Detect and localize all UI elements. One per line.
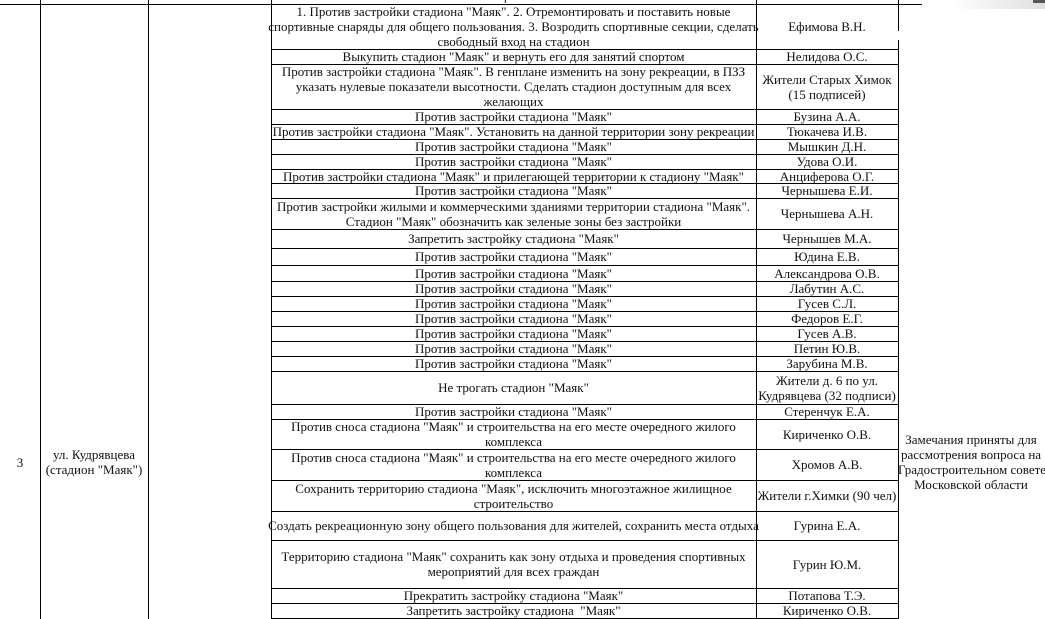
author-cell: Чернышева А.Н. — [756, 198, 898, 229]
author-cell: Мышкин Д.Н. — [756, 139, 898, 154]
author-cell: Петин Ю.В. — [756, 341, 898, 356]
author-cell: Кириченко О.В. — [756, 603, 898, 618]
row-border — [271, 326, 899, 327]
proposal-cell: Против застройки стадиона "Маяк" — [271, 326, 756, 341]
proposal-cell: Против застройки жилыми и коммерческими … — [271, 198, 756, 229]
row-border — [271, 124, 899, 125]
row-border — [271, 198, 899, 199]
row-border — [271, 404, 899, 405]
row-border — [271, 480, 899, 481]
comments-table: коробке 3 ул. Кудрявцева (стадион "Маяк"… — [0, 0, 1045, 619]
column-border — [756, 0, 757, 619]
address-cell: ул. Кудрявцева (стадион "Маяк") — [40, 447, 148, 477]
row-border — [271, 281, 899, 282]
author-cell: Анциферова О.Г. — [756, 169, 898, 183]
author-cell: Жители д. 6 по ул. Кудрявцева (32 подпис… — [756, 371, 898, 404]
row-border — [271, 588, 899, 589]
row-border — [271, 154, 899, 155]
column-border — [40, 0, 41, 619]
row-border — [0, 4, 922, 5]
proposal-cell: Против застройки стадиона "Маяк" — [271, 281, 756, 296]
author-cell: Чернышев М.А. — [756, 229, 898, 248]
proposal-cell: Против застройки стадиона "Маяк" — [271, 265, 756, 281]
row-border — [271, 248, 899, 249]
proposal-cell: 1. Против застройки стадиона "Маяк". 2. … — [271, 4, 756, 49]
proposal-cell: Выкупить стадион "Маяк" и вернуть его дл… — [271, 49, 756, 64]
row-border — [271, 540, 899, 541]
author-cell: Стеренчук Е.А. — [756, 404, 898, 419]
row-border — [271, 419, 899, 420]
author-cell: Потапова Т.Э. — [756, 588, 898, 603]
author-cell: Гурина Е.А. — [756, 511, 898, 540]
author-cell: Тюкачева И.В. — [756, 124, 898, 139]
proposal-cell: Прекратить застройку стадиона "Маяк" — [271, 588, 756, 603]
author-cell: Хромов А.В. — [756, 449, 898, 480]
author-cell: Чернышева Е.И. — [756, 183, 898, 198]
author-cell: Жители Старых Химок (15 подписей) — [756, 64, 898, 109]
row-border — [271, 265, 899, 266]
proposal-cell: Против застройки стадиона "Маяк". Устано… — [271, 124, 756, 139]
proposal-cell: Запретить застройку стадиона "Маяк" — [271, 229, 756, 248]
row-border — [271, 371, 899, 372]
author-cell: Ефимова В.Н. — [756, 4, 898, 49]
proposal-cell: Против застройки стадиона "Маяк" — [271, 296, 756, 311]
row-border — [271, 341, 899, 342]
row-border — [271, 356, 899, 357]
proposal-cell: Против застройки стадиона "Маяк" — [271, 356, 756, 371]
column-border — [898, 0, 899, 619]
author-cell: Лабутин А.С. — [756, 281, 898, 296]
proposal-cell: Против застройки стадиона "Маяк" — [271, 404, 756, 419]
author-cell: Федоров Е.Г. — [756, 311, 898, 326]
author-cell: Гусев А.В. — [756, 326, 898, 341]
row-border — [271, 449, 899, 450]
proposal-cell: Запретить застройку стадиона "Маяк" — [271, 603, 756, 618]
proposal-cell: Против застройки стадиона "Маяк" — [271, 183, 756, 198]
row-border — [271, 49, 899, 50]
proposal-cell: Против застройки стадиона "Маяк" — [271, 311, 756, 326]
proposal-cell: Не трогать стадион "Маяк" — [271, 371, 756, 404]
proposal-cell: Против застройки стадиона "Маяк" — [271, 154, 756, 169]
scan-artifact-gradient — [950, 0, 1045, 9]
author-cell: Жители г.Химки (90 чел) — [756, 480, 898, 511]
proposal-cell: Сохранить территорию стадиона "Маяк", ис… — [271, 480, 756, 511]
row-border — [271, 183, 899, 184]
row-border — [271, 109, 899, 110]
author-cell: Кириченко О.В. — [756, 419, 898, 449]
row-border — [271, 511, 899, 512]
proposal-cell: Против застройки стадиона "Маяк" — [271, 139, 756, 154]
author-cell: Удова О.И. — [756, 154, 898, 169]
row-border — [271, 311, 899, 312]
author-cell: Юдина Е.В. — [756, 248, 898, 265]
proposal-cell: Против застройки стадиона "Маяк" — [271, 341, 756, 356]
proposal-cell: Против застройки стадиона "Маяк" — [271, 109, 756, 124]
previous-row-proposal-fragment: коробке — [271, 0, 756, 3]
decision-cell: Замечания приняты для рассмотрения вопро… — [898, 432, 1044, 492]
proposal-cell: Создать рекреационную зону общего пользо… — [271, 511, 756, 540]
row-border — [271, 169, 899, 170]
proposal-cell: Против застройки стадиона "Маяк" и приле… — [271, 169, 756, 183]
row-border — [271, 603, 899, 604]
row-border — [271, 64, 899, 65]
row-border — [271, 139, 899, 140]
proposal-cell: Против сноса стадиона "Маяк" и строитель… — [271, 419, 756, 449]
author-cell: Гусев С.Л. — [756, 296, 898, 311]
row-border — [271, 296, 899, 297]
column-border — [271, 0, 272, 619]
proposal-cell: Против сноса стадиона "Маяк" и строитель… — [271, 449, 756, 480]
author-cell: Гурин Ю.М. — [756, 540, 898, 588]
author-cell: Александрова О.В. — [756, 265, 898, 281]
row-border — [271, 229, 899, 230]
proposal-cell: Против застройки стадиона "Маяк". В генп… — [271, 64, 756, 109]
item-number: 3 — [0, 455, 40, 470]
author-cell: Зарубина М.В. — [756, 356, 898, 371]
author-cell: Бузина А.А. — [756, 109, 898, 124]
column-border — [148, 0, 149, 619]
proposal-cell: Против застройки стадиона "Маяк" — [271, 248, 756, 265]
author-cell: Нелидова О.С. — [756, 49, 898, 64]
proposal-cell: Территорию стадиона "Маяк" сохранить как… — [271, 540, 756, 588]
scan-artifact-dark — [1033, 0, 1045, 3]
